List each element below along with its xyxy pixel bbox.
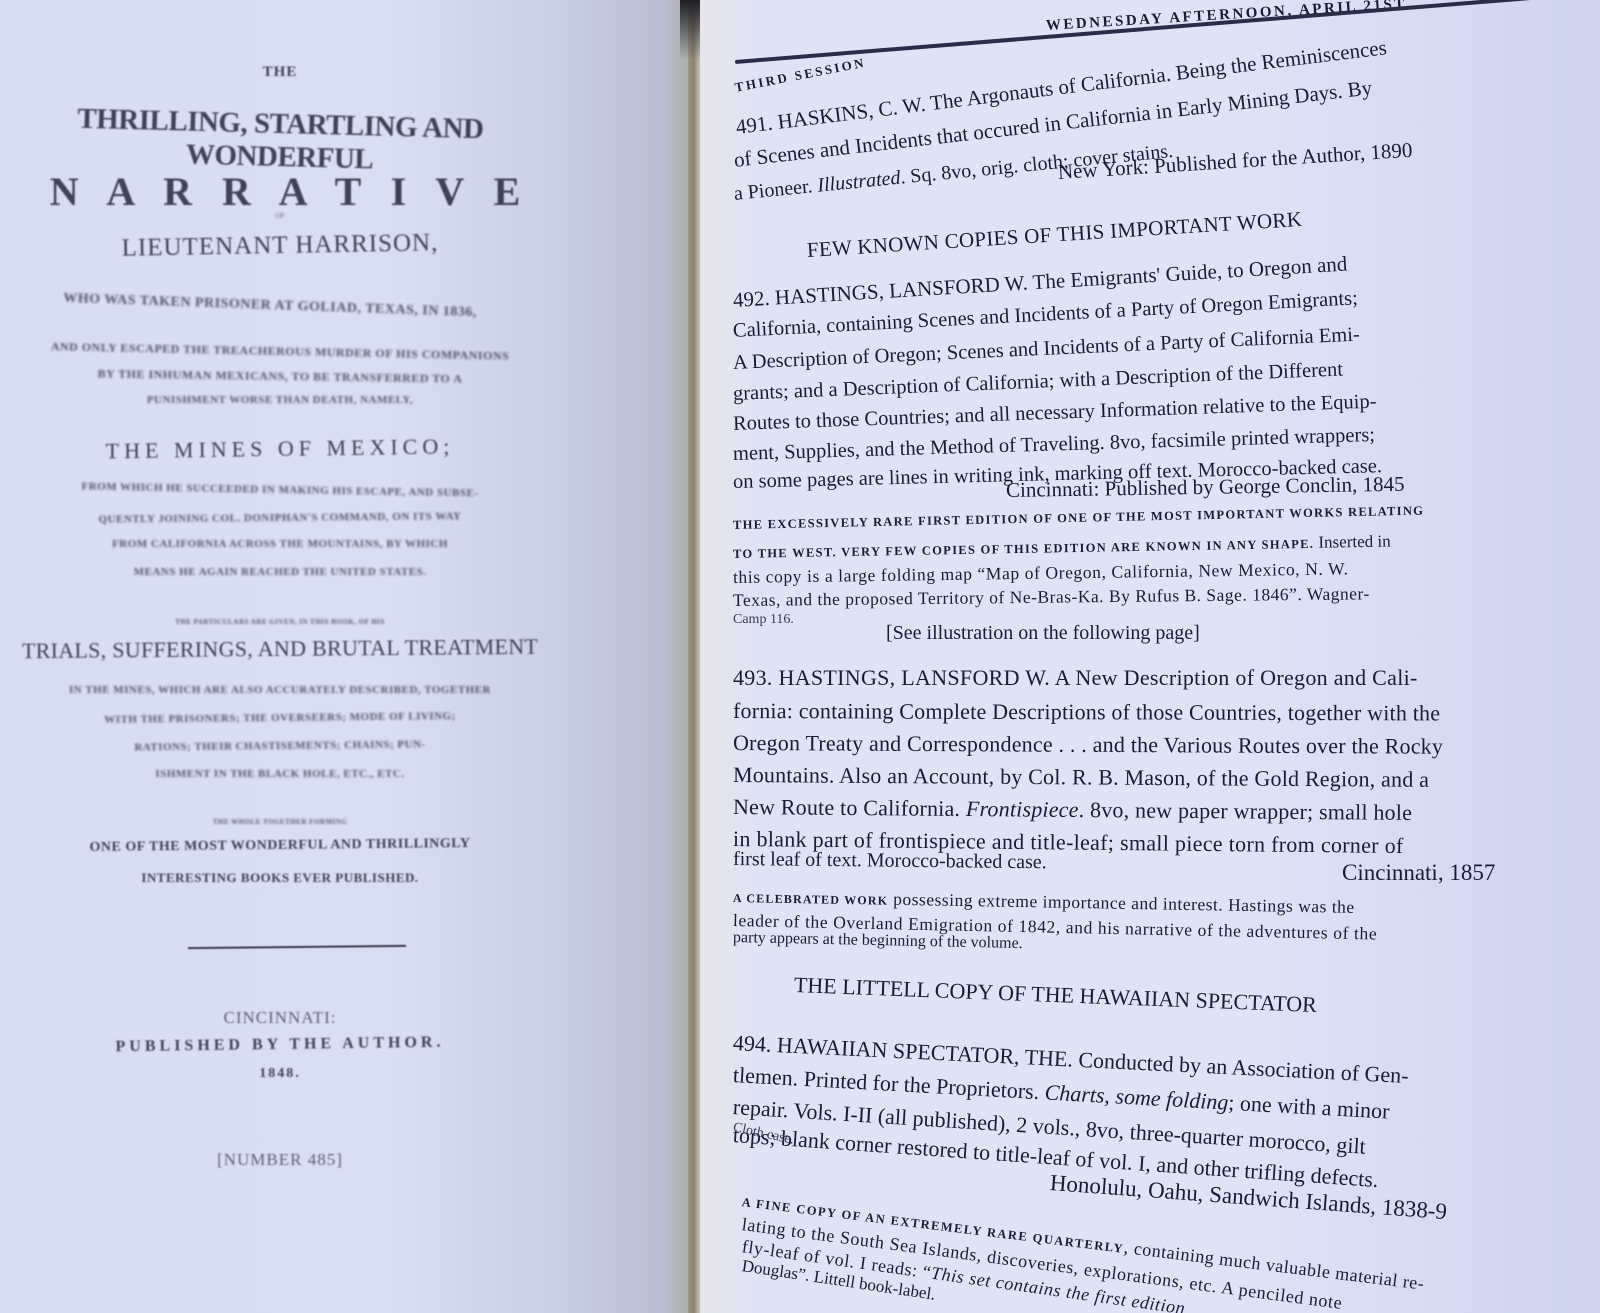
- subtitle-line-10: IN THE MINES, WHICH ARE ALSO ACCURATELY …: [0, 684, 560, 696]
- lot-493-imprint: Cincinnati, 1857: [1342, 860, 1495, 886]
- lot-492-note-line-5: Camp 116.: [733, 612, 794, 628]
- catalogue-number: [NUMBER 485]: [0, 1150, 560, 1170]
- lot-493-line-2: fornia: containing Complete Descriptions…: [733, 698, 1440, 726]
- lot-493-line-3: Oregon Treaty and Correspondence . . . a…: [733, 730, 1443, 760]
- subtitle-line-16: INTERESTING BOOKS EVER PUBLISHED.: [0, 870, 560, 886]
- subtitle-line-9: THE PARTICULARS ARE GIVEN, IN THIS BOOK,…: [0, 618, 560, 626]
- subtitle-line-14: THE WHOLE TOGETHER FORMING: [0, 818, 560, 826]
- see-illustration-note: [See illustration on the following page]: [886, 622, 1200, 645]
- title-the: THE: [0, 64, 560, 81]
- title-trials-sufferings: TRIALS, SUFFERINGS, AND BRUTAL TREATMENT: [0, 634, 560, 665]
- lot-493-line-1: 493. HASTINGS, LANSFORD W. A New Descrip…: [733, 665, 1418, 691]
- subtitle-line-4: PUNISHMENT WORSE THAN DEATH, NAMELY,: [0, 394, 560, 406]
- imprint-year: 1848.: [0, 1066, 560, 1082]
- subtitle-line-8: MEANS HE AGAIN REACHED THE UNITED STATES…: [0, 566, 560, 578]
- title-narrative: N A R R A T I V E: [10, 168, 570, 215]
- gutter-shadow: [680, 0, 702, 60]
- subtitle-line-13: ISHMENT IN THE BLACK HOLE, ETC., ETC.: [0, 768, 560, 780]
- subtitle-line-7: FROM CALIFORNIA ACROSS THE MOUNTAINS, BY…: [0, 538, 560, 550]
- title-of: OF: [0, 212, 560, 220]
- lot-493-line-4: Mountains. Also an Account, by Col. R. B…: [733, 762, 1429, 793]
- lot-493-line-7: first leaf of text. Morocco-backed case.: [733, 848, 1047, 874]
- imprint-city: CINCINNATI:: [0, 1008, 560, 1028]
